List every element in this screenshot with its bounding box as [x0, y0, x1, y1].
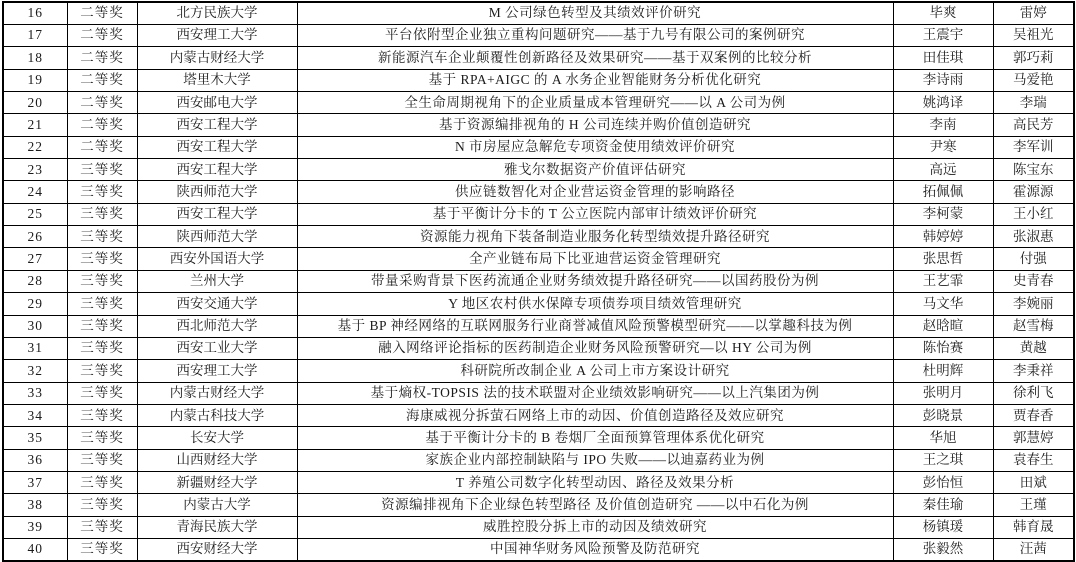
thesis-title-cell: 全生命周期视角下的企业质量成本管理研究——以 A 公司为例 [297, 91, 893, 113]
row-number-cell: 26 [3, 226, 67, 248]
award-level-cell: 三等奖 [67, 270, 137, 292]
advisor-name-cell: 张淑惠 [993, 226, 1074, 248]
university-cell: 西安理工大学 [137, 24, 297, 46]
table-row: 25 三等奖 西安工程大学 基于平衡计分卡的 T 公立医院内部审计绩效评价研究 … [3, 203, 1074, 225]
award-level-cell: 三等奖 [67, 472, 137, 494]
student-name-cell: 华旭 [893, 427, 993, 449]
row-number-cell: 16 [3, 2, 67, 24]
university-cell: 陕西师范大学 [137, 226, 297, 248]
award-level-cell: 三等奖 [67, 539, 137, 561]
university-cell: 青海民族大学 [137, 516, 297, 538]
university-cell: 内蒙古大学 [137, 494, 297, 516]
award-level-cell: 三等奖 [67, 315, 137, 337]
advisor-name-cell: 李军训 [993, 136, 1074, 158]
award-level-cell: 三等奖 [67, 449, 137, 471]
advisor-name-cell: 贾春香 [993, 404, 1074, 426]
thesis-title-cell: 基于资源编排视角的 H 公司连续并购价值创造研究 [297, 114, 893, 136]
row-number-cell: 20 [3, 91, 67, 113]
table-row: 17 二等奖 西安理工大学 平台依附型企业独立重构问题研究——基于九号有限公司的… [3, 24, 1074, 46]
thesis-title-cell: 融入网络评论指标的医药制造企业财务风险预警研究—以 HY 公司为例 [297, 337, 893, 359]
table-row: 18 二等奖 内蒙古财经大学 新能源汽车企业颠覆性创新路径及效果研究——基于双案… [3, 47, 1074, 69]
university-cell: 西安工业大学 [137, 337, 297, 359]
row-number-cell: 19 [3, 69, 67, 91]
thesis-title-cell: 科研院所改制企业 A 公司上市方案设计研究 [297, 360, 893, 382]
advisor-name-cell: 汪茜 [993, 539, 1074, 561]
thesis-title-cell: 基于 BP 神经网络的互联网服务行业商誉减值风险预警模型研究——以掌趣科技为例 [297, 315, 893, 337]
student-name-cell: 马文华 [893, 293, 993, 315]
student-name-cell: 杜明辉 [893, 360, 993, 382]
award-level-cell: 二等奖 [67, 24, 137, 46]
student-name-cell: 韩婷婷 [893, 226, 993, 248]
thesis-title-cell: 带量采购背景下医药流通企业财务绩效提升路径研究——以国药股份为例 [297, 270, 893, 292]
university-cell: 内蒙古科技大学 [137, 404, 297, 426]
table-row: 19 二等奖 塔里木大学 基于 RPA+AIGC 的 A 水务企业智能财务分析优… [3, 69, 1074, 91]
row-number-cell: 31 [3, 337, 67, 359]
advisor-name-cell: 黄越 [993, 337, 1074, 359]
award-level-cell: 三等奖 [67, 494, 137, 516]
award-level-cell: 二等奖 [67, 47, 137, 69]
table-row: 22 二等奖 西安工程大学 N 市房屋应急解危专项资金使用绩效评价研究 尹寒 李… [3, 136, 1074, 158]
advisor-name-cell: 李婉丽 [993, 293, 1074, 315]
table-row: 23 三等奖 西安工程大学 雅戈尔数据资产价值评估研究 高远 陈宝东 [3, 159, 1074, 181]
award-level-cell: 三等奖 [67, 293, 137, 315]
university-cell: 北方民族大学 [137, 2, 297, 24]
table-row: 20 二等奖 西安邮电大学 全生命周期视角下的企业质量成本管理研究——以 A 公… [3, 91, 1074, 113]
table-row: 31 三等奖 西安工业大学 融入网络评论指标的医药制造企业财务风险预警研究—以 … [3, 337, 1074, 359]
student-name-cell: 田佳琪 [893, 47, 993, 69]
thesis-title-cell: 雅戈尔数据资产价值评估研究 [297, 159, 893, 181]
university-cell: 西安交通大学 [137, 293, 297, 315]
thesis-title-cell: 供应链数智化对企业营运资金管理的影响路径 [297, 181, 893, 203]
table-row: 35 三等奖 长安大学 基于平衡计分卡的 B 卷烟厂全面预算管理体系优化研究 华… [3, 427, 1074, 449]
table-row: 29 三等奖 西安交通大学 Y 地区农村供水保障专项债券项目绩效管理研究 马文华… [3, 293, 1074, 315]
row-number-cell: 39 [3, 516, 67, 538]
advisor-name-cell: 郭巧莉 [993, 47, 1074, 69]
advisor-name-cell: 袁春生 [993, 449, 1074, 471]
university-cell: 西安工程大学 [137, 203, 297, 225]
row-number-cell: 25 [3, 203, 67, 225]
advisor-name-cell: 徐利飞 [993, 382, 1074, 404]
student-name-cell: 李柯蒙 [893, 203, 993, 225]
student-name-cell: 杨镇瑗 [893, 516, 993, 538]
advisor-name-cell: 王瑾 [993, 494, 1074, 516]
university-cell: 西安邮电大学 [137, 91, 297, 113]
table-row: 27 三等奖 西安外国语大学 全产业链布局下比亚迪营运资金管理研究 张思哲 付强 [3, 248, 1074, 270]
table-row: 28 三等奖 兰州大学 带量采购背景下医药流通企业财务绩效提升路径研究——以国药… [3, 270, 1074, 292]
award-level-cell: 二等奖 [67, 136, 137, 158]
row-number-cell: 27 [3, 248, 67, 270]
award-level-cell: 三等奖 [67, 337, 137, 359]
advisor-name-cell: 马爱艳 [993, 69, 1074, 91]
table-row: 33 三等奖 内蒙古财经大学 基于熵权-TOPSIS 法的技术联盟对企业绩效影响… [3, 382, 1074, 404]
row-number-cell: 32 [3, 360, 67, 382]
row-number-cell: 33 [3, 382, 67, 404]
row-number-cell: 36 [3, 449, 67, 471]
thesis-title-cell: 资源能力视角下装备制造业服务化转型绩效提升路径研究 [297, 226, 893, 248]
thesis-title-cell: 海康威视分拆萤石网络上市的动因、价值创造路径及效应研究 [297, 404, 893, 426]
university-cell: 长安大学 [137, 427, 297, 449]
award-level-cell: 三等奖 [67, 203, 137, 225]
row-number-cell: 24 [3, 181, 67, 203]
student-name-cell: 毕爽 [893, 2, 993, 24]
table-row: 39 三等奖 青海民族大学 威胜控股分拆上市的动因及绩效研究 杨镇瑗 韩育晟 [3, 516, 1074, 538]
student-name-cell: 陈怡赛 [893, 337, 993, 359]
student-name-cell: 姚鸿译 [893, 91, 993, 113]
university-cell: 西安财经大学 [137, 539, 297, 561]
university-cell: 塔里木大学 [137, 69, 297, 91]
table-row: 21 二等奖 西安工程大学 基于资源编排视角的 H 公司连续并购价值创造研究 李… [3, 114, 1074, 136]
thesis-title-cell: T 养殖公司数字化转型动因、路径及效果分析 [297, 472, 893, 494]
table-row: 16 二等奖 北方民族大学 M 公司绿色转型及其绩效评价研究 毕爽 雷婷 [3, 2, 1074, 24]
university-cell: 陕西师范大学 [137, 181, 297, 203]
award-level-cell: 三等奖 [67, 516, 137, 538]
advisor-name-cell: 史青春 [993, 270, 1074, 292]
row-number-cell: 35 [3, 427, 67, 449]
university-cell: 西安工程大学 [137, 114, 297, 136]
student-name-cell: 王之琪 [893, 449, 993, 471]
thesis-title-cell: M 公司绿色转型及其绩效评价研究 [297, 2, 893, 24]
thesis-title-cell: 资源编排视角下企业绿色转型路径 及价值创造研究 ——以中石化为例 [297, 494, 893, 516]
student-name-cell: 张思哲 [893, 248, 993, 270]
student-name-cell: 尹寒 [893, 136, 993, 158]
advisor-name-cell: 李瑞 [993, 91, 1074, 113]
thesis-title-cell: 基于熵权-TOPSIS 法的技术联盟对企业绩效影响研究——以上汽集团为例 [297, 382, 893, 404]
advisor-name-cell: 陈宝东 [993, 159, 1074, 181]
student-name-cell: 彭怡恒 [893, 472, 993, 494]
award-level-cell: 二等奖 [67, 91, 137, 113]
student-name-cell: 张毅然 [893, 539, 993, 561]
awards-table-container: 16 二等奖 北方民族大学 M 公司绿色转型及其绩效评价研究 毕爽 雷婷 17 … [2, 1, 1074, 561]
thesis-title-cell: 基于平衡计分卡的 B 卷烟厂全面预算管理体系优化研究 [297, 427, 893, 449]
table-row: 32 三等奖 西安理工大学 科研院所改制企业 A 公司上市方案设计研究 杜明辉 … [3, 360, 1074, 382]
row-number-cell: 30 [3, 315, 67, 337]
award-level-cell: 三等奖 [67, 226, 137, 248]
thesis-title-cell: 中国神华财务风险预警及防范研究 [297, 539, 893, 561]
awards-table: 16 二等奖 北方民族大学 M 公司绿色转型及其绩效评价研究 毕爽 雷婷 17 … [2, 1, 1075, 562]
table-row: 24 三等奖 陕西师范大学 供应链数智化对企业营运资金管理的影响路径 拓佩佩 霍… [3, 181, 1074, 203]
row-number-cell: 34 [3, 404, 67, 426]
thesis-title-cell: 新能源汽车企业颠覆性创新路径及效果研究——基于双案例的比较分析 [297, 47, 893, 69]
table-row: 26 三等奖 陕西师范大学 资源能力视角下装备制造业服务化转型绩效提升路径研究 … [3, 226, 1074, 248]
row-number-cell: 40 [3, 539, 67, 561]
thesis-title-cell: 全产业链布局下比亚迪营运资金管理研究 [297, 248, 893, 270]
table-row: 38 三等奖 内蒙古大学 资源编排视角下企业绿色转型路径 及价值创造研究 ——以… [3, 494, 1074, 516]
thesis-title-cell: 家族企业内部控制缺陷与 IPO 失败——以迪嘉药业为例 [297, 449, 893, 471]
university-cell: 新疆财经大学 [137, 472, 297, 494]
university-cell: 内蒙古财经大学 [137, 382, 297, 404]
row-number-cell: 29 [3, 293, 67, 315]
advisor-name-cell: 霍源源 [993, 181, 1074, 203]
student-name-cell: 高远 [893, 159, 993, 181]
advisor-name-cell: 吴祖光 [993, 24, 1074, 46]
thesis-title-cell: 平台依附型企业独立重构问题研究——基于九号有限公司的案例研究 [297, 24, 893, 46]
student-name-cell: 张明月 [893, 382, 993, 404]
award-level-cell: 三等奖 [67, 427, 137, 449]
row-number-cell: 22 [3, 136, 67, 158]
student-name-cell: 秦佳瑜 [893, 494, 993, 516]
table-row: 37 三等奖 新疆财经大学 T 养殖公司数字化转型动因、路径及效果分析 彭怡恒 … [3, 472, 1074, 494]
thesis-title-cell: 基于平衡计分卡的 T 公立医院内部审计绩效评价研究 [297, 203, 893, 225]
table-row: 36 三等奖 山西财经大学 家族企业内部控制缺陷与 IPO 失败——以迪嘉药业为… [3, 449, 1074, 471]
university-cell: 山西财经大学 [137, 449, 297, 471]
student-name-cell: 李南 [893, 114, 993, 136]
advisor-name-cell: 高民芳 [993, 114, 1074, 136]
advisor-name-cell: 王小红 [993, 203, 1074, 225]
university-cell: 兰州大学 [137, 270, 297, 292]
row-number-cell: 23 [3, 159, 67, 181]
row-number-cell: 28 [3, 270, 67, 292]
award-level-cell: 二等奖 [67, 2, 137, 24]
award-level-cell: 二等奖 [67, 69, 137, 91]
advisor-name-cell: 赵雪梅 [993, 315, 1074, 337]
award-level-cell: 三等奖 [67, 181, 137, 203]
table-row: 34 三等奖 内蒙古科技大学 海康威视分拆萤石网络上市的动因、价值创造路径及效应… [3, 404, 1074, 426]
advisor-name-cell: 雷婷 [993, 2, 1074, 24]
row-number-cell: 37 [3, 472, 67, 494]
table-row: 40 三等奖 西安财经大学 中国神华财务风险预警及防范研究 张毅然 汪茜 [3, 539, 1074, 561]
row-number-cell: 38 [3, 494, 67, 516]
thesis-title-cell: Y 地区农村供水保障专项债券项目绩效管理研究 [297, 293, 893, 315]
advisor-name-cell: 郭慧婷 [993, 427, 1074, 449]
award-level-cell: 三等奖 [67, 360, 137, 382]
award-level-cell: 二等奖 [67, 114, 137, 136]
award-level-cell: 三等奖 [67, 159, 137, 181]
university-cell: 内蒙古财经大学 [137, 47, 297, 69]
student-name-cell: 王震宇 [893, 24, 993, 46]
thesis-title-cell: N 市房屋应急解危专项资金使用绩效评价研究 [297, 136, 893, 158]
award-level-cell: 三等奖 [67, 248, 137, 270]
student-name-cell: 李诗雨 [893, 69, 993, 91]
thesis-title-cell: 基于 RPA+AIGC 的 A 水务企业智能财务分析优化研究 [297, 69, 893, 91]
advisor-name-cell: 李秉祥 [993, 360, 1074, 382]
row-number-cell: 21 [3, 114, 67, 136]
student-name-cell: 拓佩佩 [893, 181, 993, 203]
advisor-name-cell: 韩育晟 [993, 516, 1074, 538]
award-level-cell: 三等奖 [67, 382, 137, 404]
university-cell: 西安工程大学 [137, 136, 297, 158]
university-cell: 西北师范大学 [137, 315, 297, 337]
row-number-cell: 18 [3, 47, 67, 69]
university-cell: 西安理工大学 [137, 360, 297, 382]
row-number-cell: 17 [3, 24, 67, 46]
table-row: 30 三等奖 西北师范大学 基于 BP 神经网络的互联网服务行业商誉减值风险预警… [3, 315, 1074, 337]
student-name-cell: 彭晓景 [893, 404, 993, 426]
student-name-cell: 赵晗暄 [893, 315, 993, 337]
university-cell: 西安外国语大学 [137, 248, 297, 270]
thesis-title-cell: 威胜控股分拆上市的动因及绩效研究 [297, 516, 893, 538]
student-name-cell: 王艺霏 [893, 270, 993, 292]
award-level-cell: 三等奖 [67, 404, 137, 426]
advisor-name-cell: 付强 [993, 248, 1074, 270]
advisor-name-cell: 田斌 [993, 472, 1074, 494]
university-cell: 西安工程大学 [137, 159, 297, 181]
